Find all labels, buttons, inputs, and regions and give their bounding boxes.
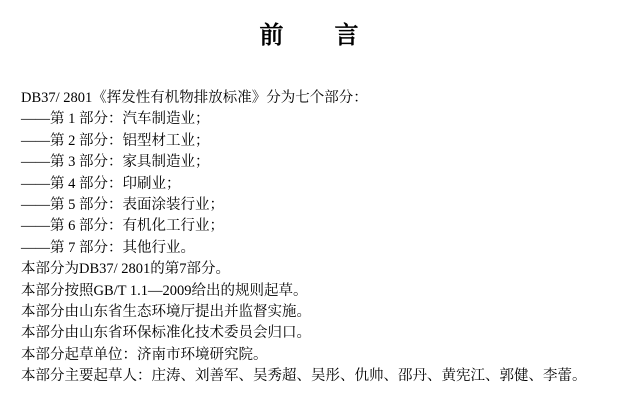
part-list-item-5: ——第 5 部分：表面涂装行业； — [21, 195, 613, 216]
part-list-item-7: ——第 7 部分：其他行业。 — [21, 238, 613, 259]
drafting-rule-line: 本部分按照GB/T 1.1—2009给出的规则起草。 — [21, 281, 613, 302]
part-list-item-1: ——第 1 部分：汽车制造业； — [21, 109, 613, 130]
committee-line: 本部分由山东省环保标准化技术委员会归口。 — [21, 323, 613, 344]
part-list-item-4: ——第 4 部分：印刷业； — [21, 174, 613, 195]
part-list-item-6: ——第 6 部分：有机化工行业； — [21, 216, 613, 237]
intro-line: DB37/ 2801《挥发性有机物排放标准》分为七个部分： — [21, 88, 613, 109]
page-title: 前 言 — [0, 15, 619, 50]
part-list-item-3: ——第 3 部分：家具制造业； — [21, 152, 613, 173]
foreword-body: DB37/ 2801《挥发性有机物排放标准》分为七个部分： ——第 1 部分：汽… — [21, 88, 613, 388]
part-list-item-2: ——第 2 部分：铝型材工业； — [21, 131, 613, 152]
current-part-line: 本部分为DB37/ 2801的第7部分。 — [21, 259, 613, 280]
document-page: 前 言 DB37/ 2801《挥发性有机物排放标准》分为七个部分： ——第 1 … — [0, 0, 619, 395]
drafting-unit-line: 本部分起草单位：济南市环境研究院。 — [21, 345, 613, 366]
proposed-by-line: 本部分由山东省生态环境厅提出并监督实施。 — [21, 302, 613, 323]
drafters-line: 本部分主要起草人：庄涛、刘善军、吴秀超、吴彤、仇帅、邵丹、黄宪江、郭健、李蕾。 — [21, 366, 613, 387]
